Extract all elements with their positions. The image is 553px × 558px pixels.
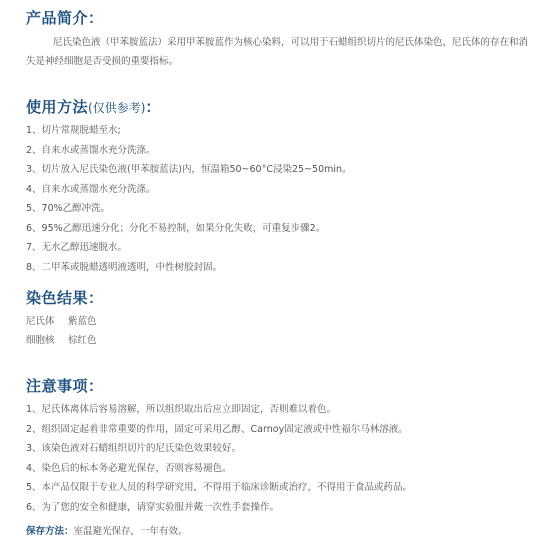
usage-step: 5、70%乙醇冲洗。 — [26, 199, 352, 219]
usage-step: 7、无水乙醇迅速脱水。 — [26, 238, 352, 258]
usage-steps-list: 1、切片常规脱蜡至水; 2、自来水或蒸馏水充分洗涤。 3、切片放入尼氏染色液(甲… — [26, 121, 352, 277]
result-row: 尼氏体紫蓝色 — [26, 312, 97, 331]
results-heading: 染色结果： — [26, 287, 104, 308]
notes-heading: 注意事项： — [26, 375, 104, 396]
usage-step: 3、切片放入尼氏染色液(甲苯胺蓝法)内，恒温箱50~60°C浸染25~50min… — [26, 160, 352, 180]
usage-title: 使用方法 — [26, 98, 88, 116]
usage-step: 6、95%乙醇迅速分化；分化不易控制，如果分化失败，可重复步骤2。 — [26, 219, 352, 239]
storage-line: 保存方法：室温避光保存，一年有效。 — [26, 523, 188, 537]
note-item: 2、组织固定起着非常重要的作用，固定可采用乙醇、Carnoy固定液或中性福尔马林… — [26, 420, 412, 440]
usage-step: 1、切片常规脱蜡至水; — [26, 121, 352, 141]
note-item: 3、该染色液对石蜡组织切片的尼氏染色效果较好。 — [26, 439, 412, 459]
note-item: 6、为了您的安全和健康，请穿实验服并戴一次性手套操作。 — [26, 498, 412, 518]
intro-paragraph: 尼氏染色液（甲苯胺蓝法）采用甲苯胺蓝作为核心染料，可以用于石蜡组织切片的尼氏体染… — [26, 33, 536, 71]
result-structure: 尼氏体 — [26, 312, 68, 331]
result-row: 细胞核棕红色 — [26, 331, 97, 350]
usage-heading: 使用方法(仅供参考)： — [26, 96, 161, 117]
results-table: 尼氏体紫蓝色 细胞核棕红色 — [26, 312, 97, 350]
usage-step: 2、自来水或蒸馏水充分洗涤。 — [26, 141, 352, 161]
result-color: 棕红色 — [68, 335, 97, 346]
usage-step: 8、二甲苯或脱蜡透明液透明，中性树胶封固。 — [26, 258, 352, 278]
storage-text: 室温避光保存，一年有效。 — [74, 526, 188, 537]
usage-colon: ： — [145, 98, 161, 116]
usage-step: 4、自来水或蒸馏水充分洗涤。 — [26, 180, 352, 200]
note-item: 4、染色后的标本务必避光保存，否则容易褪色。 — [26, 459, 412, 479]
result-color: 紫蓝色 — [68, 316, 97, 327]
usage-subtitle: (仅供参考) — [88, 101, 145, 115]
result-structure: 细胞核 — [26, 331, 68, 350]
note-item: 1、尼氏体离体后容易溶解，所以组织取出后应立即固定，否则难以着色。 — [26, 400, 412, 420]
intro-heading: 产品简介： — [26, 7, 104, 28]
notes-list: 1、尼氏体离体后容易溶解，所以组织取出后应立即固定，否则难以着色。 2、组织固定… — [26, 400, 412, 517]
intro-text: 尼氏染色液（甲苯胺蓝法）采用甲苯胺蓝作为核心染料，可以用于石蜡组织切片的尼氏体染… — [26, 37, 528, 67]
note-item: 5、本产品仅限于专业人员的科学研究用，不得用于临床诊断或治疗，不得用于食品或药品… — [26, 478, 412, 498]
storage-label: 保存方法： — [26, 526, 74, 537]
